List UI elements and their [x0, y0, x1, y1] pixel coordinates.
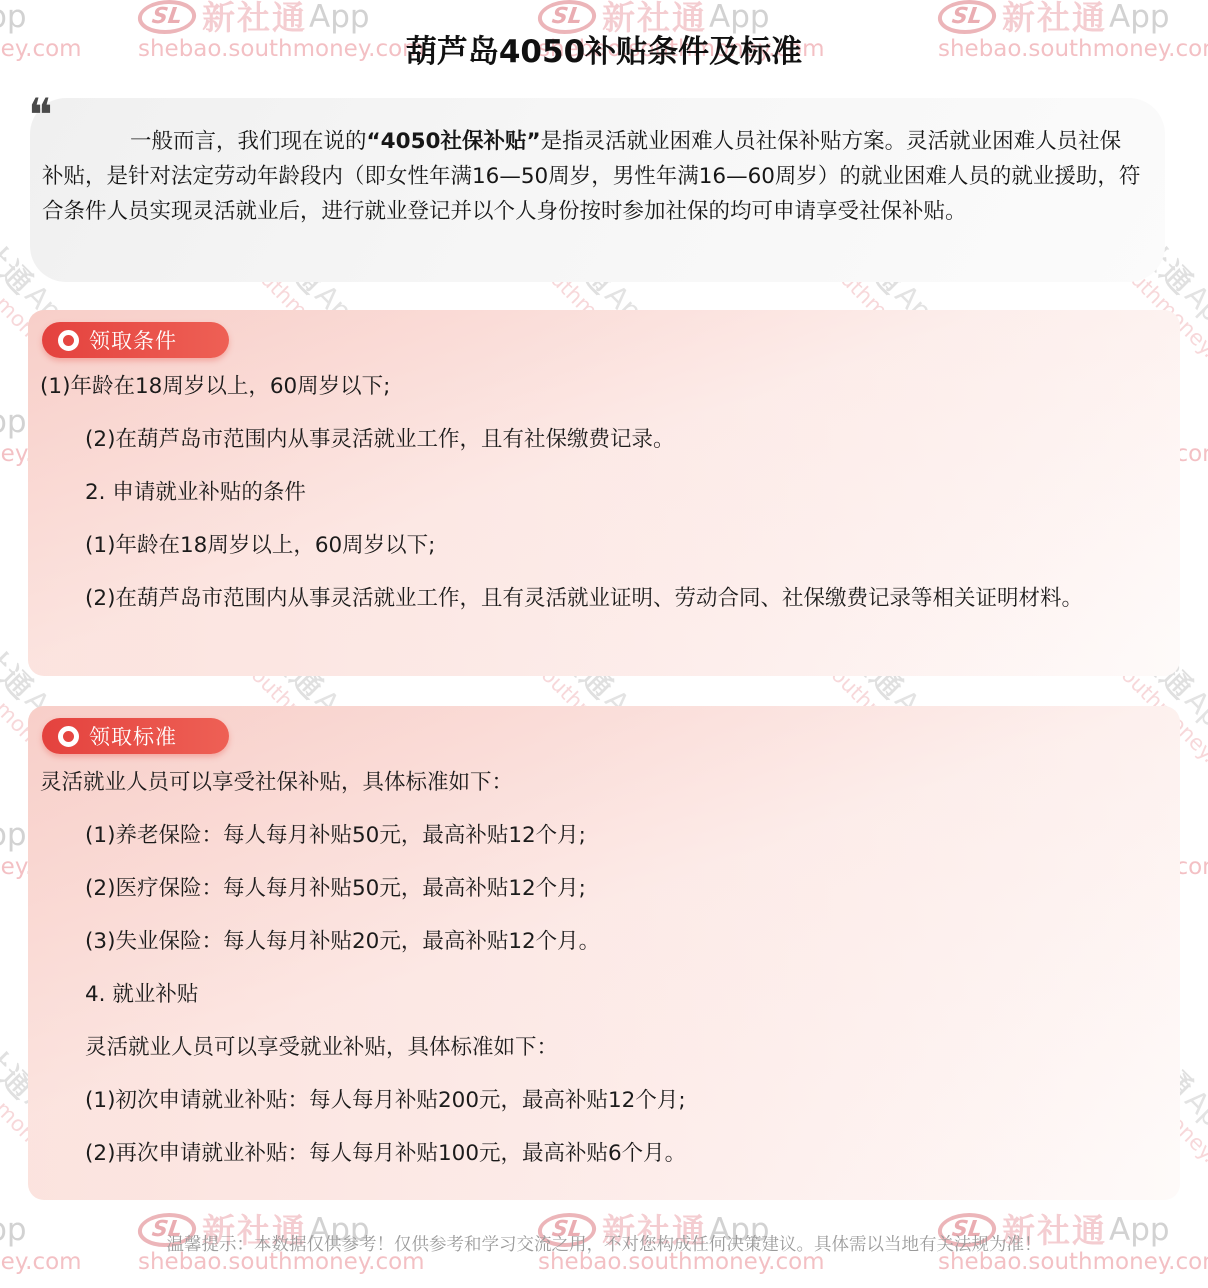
condition-item: (1)年龄在18周岁以上，60周岁以下;: [40, 531, 1140, 561]
condition-item: (2)在葫芦岛市范围内从事灵活就业工作，且有灵活就业证明、劳动合同、社保缴费记录…: [40, 584, 1140, 614]
intro-lead: 一般而言，我们现在说的: [130, 129, 367, 154]
intro-paragraph: 一般而言，我们现在说的“4050社保补贴”是指灵活就业困难人员社保补贴方案。灵活…: [42, 124, 1141, 229]
standard-item: 灵活就业人员可以享受就业补贴，具体标准如下：: [40, 1033, 1140, 1063]
standard-item: (1)养老保险：每人每月补贴50元，最高补贴12个月;: [40, 821, 1140, 851]
conditions-badge-label: 领取条件: [89, 325, 177, 355]
ring-icon: [58, 330, 79, 351]
condition-item: 2. 申请就业补贴的条件: [40, 478, 1140, 508]
condition-item: (1)年龄在18周岁以上，60周岁以下;: [40, 372, 1140, 402]
standard-item: 4. 就业补贴: [40, 980, 1140, 1010]
standard-item: (2)再次申请就业补贴：每人每月补贴100元，最高补贴6个月。: [40, 1139, 1140, 1169]
intro-quote-box: ❝ 一般而言，我们现在说的“4050社保补贴”是指灵活就业困难人员社保补贴方案。…: [30, 98, 1165, 282]
standards-section: 领取标准 灵活就业人员可以享受社保补贴，具体标准如下： (1)养老保险：每人每月…: [28, 706, 1180, 1200]
condition-item: (2)在葫芦岛市范围内从事灵活就业工作，且有社保缴费记录。: [40, 425, 1140, 455]
standard-item: (3)失业保险：每人每月补贴20元，最高补贴12个月。: [40, 927, 1140, 957]
conditions-section: 领取条件 (1)年龄在18周岁以上，60周岁以下; (2)在葫芦岛市范围内从事灵…: [28, 310, 1180, 676]
standard-item: (2)医疗保险：每人每月补贴50元，最高补贴12个月;: [40, 874, 1140, 904]
footer-tip: 温馨提示：本数据仅供参考！仅供参考和学习交流之用，不对您构成任何决策建议。具体需…: [0, 1231, 1208, 1256]
standard-item: (1)初次申请就业补贴：每人每月补贴200元，最高补贴12个月;: [40, 1086, 1140, 1116]
page-title: 葫芦岛4050补贴条件及标准: [0, 26, 1208, 71]
standards-badge: 领取标准: [42, 718, 229, 754]
conditions-badge: 领取条件: [42, 322, 229, 358]
standards-badge-label: 领取标准: [89, 721, 177, 751]
intro-highlight: “4050社保补贴”: [367, 129, 541, 154]
ring-icon: [58, 726, 79, 747]
standard-item: 灵活就业人员可以享受社保补贴，具体标准如下：: [40, 768, 1140, 798]
